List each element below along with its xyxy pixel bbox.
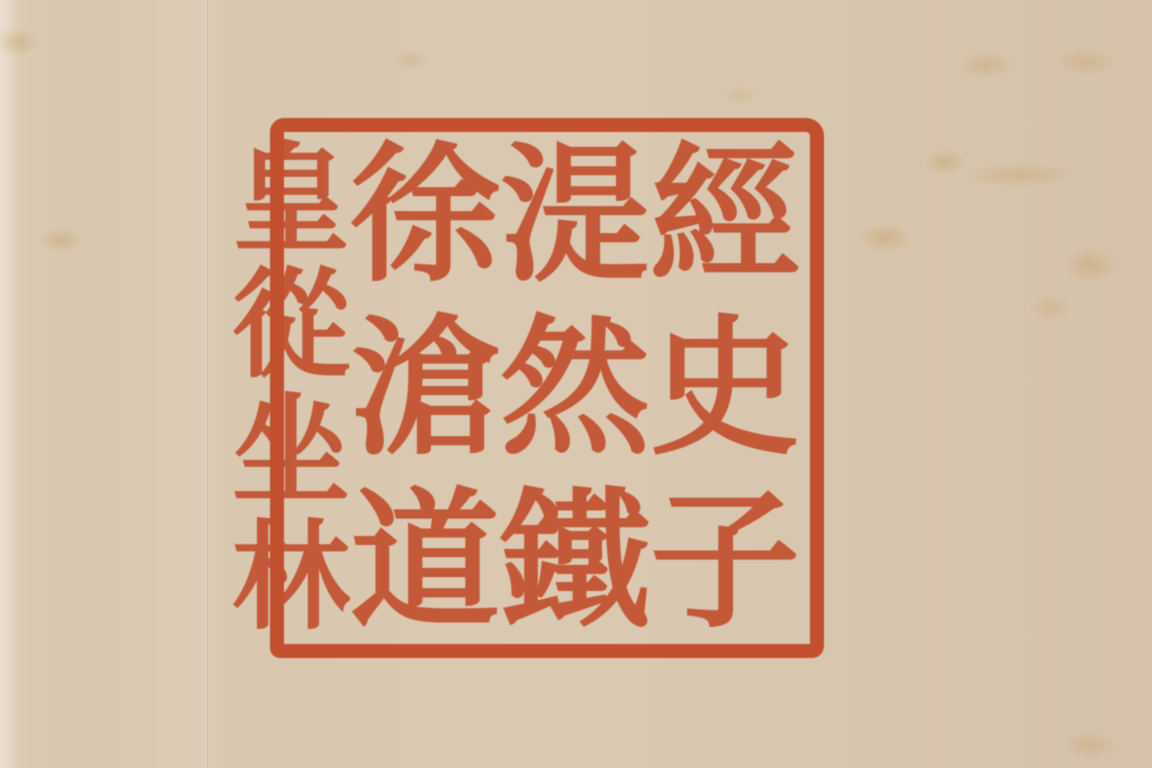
seal-character: 然 <box>500 313 650 463</box>
seal-character: 道 <box>350 486 500 636</box>
seal-column-left: 皇 從 坐 林 <box>232 140 350 636</box>
seal-column-right: 經 史 子 <box>650 140 800 636</box>
seal-column-center-left: 徐 滄 道 <box>350 140 500 636</box>
seal-character: 湜 <box>500 140 650 290</box>
seal-character: 皇 <box>232 140 350 258</box>
paper-left-edge <box>0 0 22 768</box>
paper-crease <box>205 0 208 768</box>
seal-character-grid: 經 史 子 湜 然 鐵 徐 滄 道 皇 從 坐 林 <box>294 140 800 636</box>
seal-character: 徐 <box>350 140 500 290</box>
seal-character: 從 <box>232 266 350 384</box>
seal-character: 子 <box>650 486 800 636</box>
seal-impression: 經 史 子 湜 然 鐵 徐 滄 道 皇 從 坐 林 <box>270 118 824 658</box>
seal-character: 坐 <box>232 392 350 510</box>
seal-character: 史 <box>650 313 800 463</box>
seal-column-center-right: 湜 然 鐵 <box>500 140 650 636</box>
seal-character: 經 <box>650 140 800 290</box>
seal-character: 滄 <box>350 313 500 463</box>
seal-character: 林 <box>232 518 350 636</box>
seal-character: 鐵 <box>500 486 650 636</box>
